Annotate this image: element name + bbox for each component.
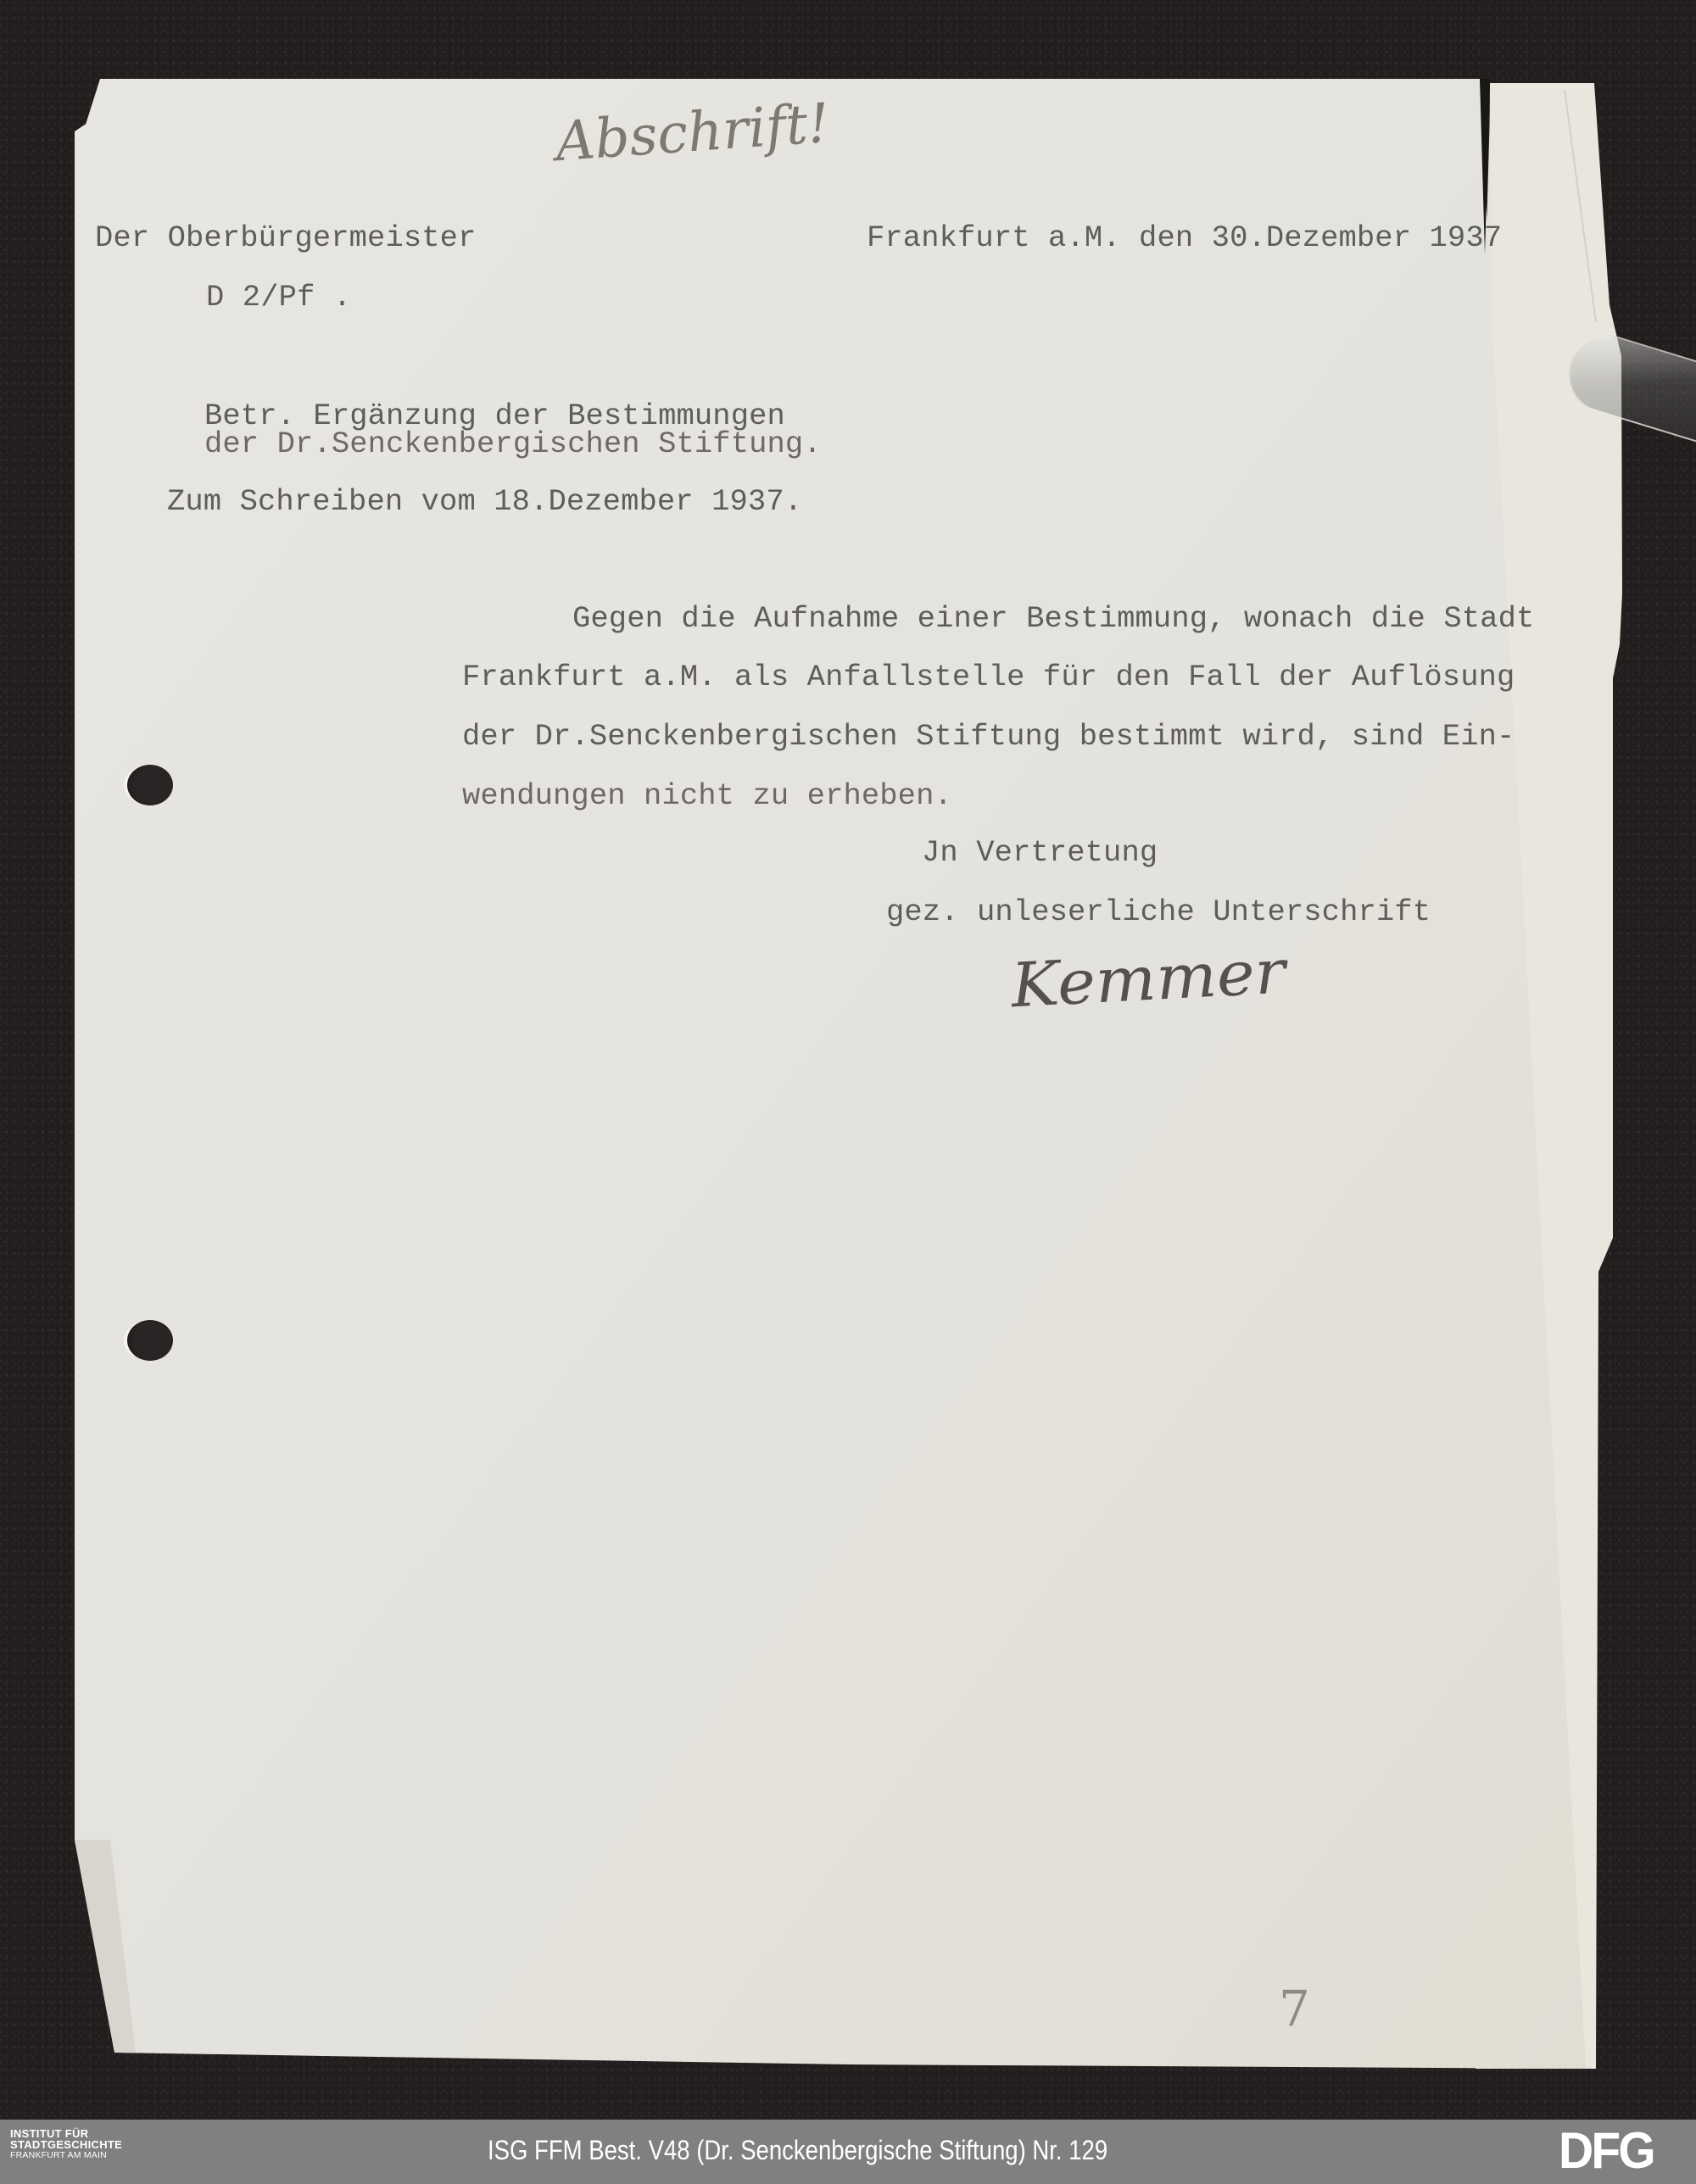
body-line-4: wendungen nicht zu erheben. [462,781,952,811]
punch-hole-upper [127,765,173,805]
dfg-logo: DFG [1559,2128,1654,2174]
sender-title: Der Oberbürgermeister [95,223,476,253]
body-line-3: der Dr.Senckenbergischen Stiftung bestim… [462,721,1515,752]
subject-line-2: der Dr.Senckenbergischen Stiftung. [204,429,822,460]
handwritten-page-number: 7 [1279,1980,1310,2037]
in-reply-to: Zum Schreiben vom 18.Dezember 1937. [167,487,802,517]
punch-hole-lower [127,1320,173,1361]
archive-footer: INSTITUT FÜR STADTGESCHICHTE FRANKFURT A… [0,2120,1696,2184]
institution-city: FRANKFURT AM MAIN [10,2150,122,2161]
closing-in-representation: Jn Vertretung [922,838,1158,868]
body-line-2: Frankfurt a.M. als Anfallstelle für den … [462,662,1515,693]
institution-line-2: STADTGESCHICHTE [10,2139,122,2150]
place-and-date: Frankfurt a.M. den 30.Dezember 1937 [867,223,1502,253]
body-line-1: Gegen die Aufnahme einer Bestimmung, won… [572,604,1534,634]
archive-caption: ISG FFM Best. V48 (Dr. Senckenbergische … [488,2133,1122,2167]
institution-logo: INSTITUT FÜR STADTGESCHICHTE FRANKFURT A… [10,2128,122,2161]
reference-code: D 2/Pf . [206,282,351,313]
paper-sheet [0,0,1696,2120]
closing-signed-illegible: gez. unleserliche Unterschrift [886,897,1431,928]
handwritten-signature: Kemmer [1009,936,1286,1022]
